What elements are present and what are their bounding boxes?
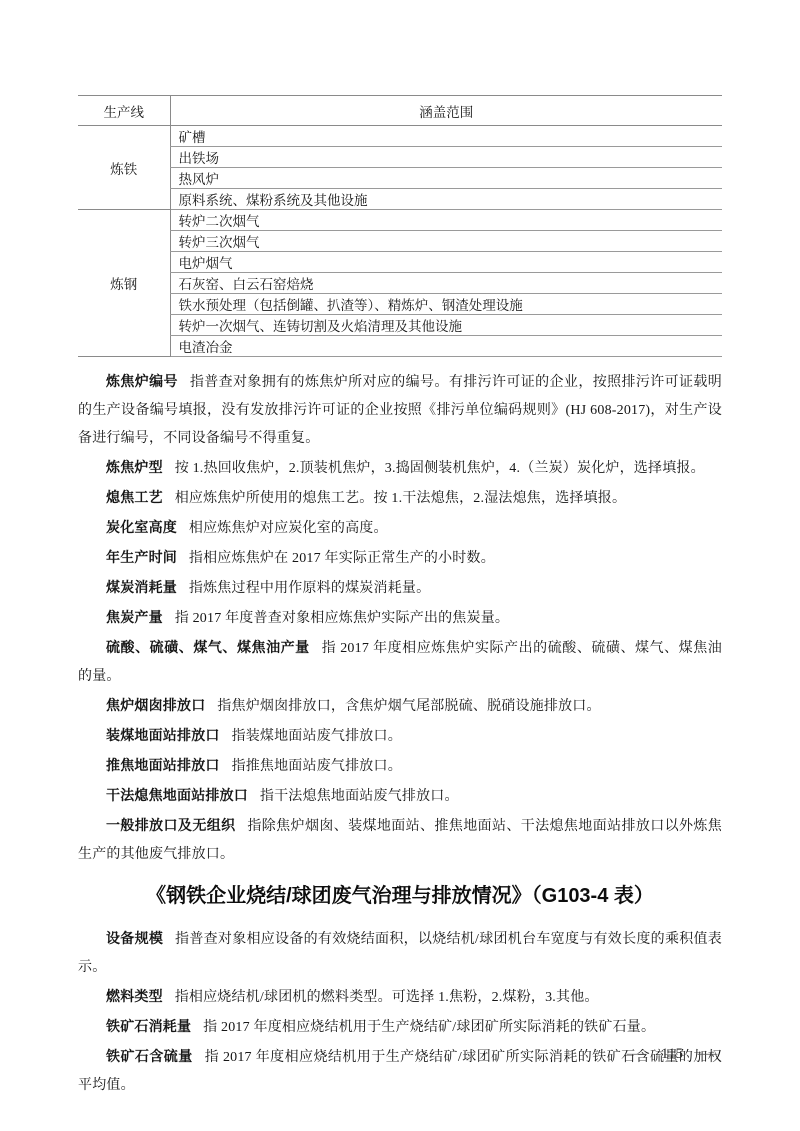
definition-paragraph: 推焦地面站排放口指推焦地面站废气排放口。 (78, 751, 722, 781)
definition-paragraph: 炼焦炉型按 1.热回收焦炉，2.顶装机焦炉，3.捣固侧装机焦炉，4.（兰炭）炭化… (78, 453, 722, 483)
definition-paragraph: 铁矿石含硫量指 2017 年度相应烧结机用于生产烧结矿/球团矿所实际消耗的铁矿石… (78, 1042, 722, 1100)
scope-cell: 出铁场 (170, 147, 722, 168)
table-row: 铁水预处理（包括倒罐、扒渣等）、精炼炉、钢渣处理设施 (78, 294, 722, 315)
definition-term: 炼焦炉编号 (106, 373, 178, 389)
definition-paragraph: 铁矿石消耗量指 2017 年度相应烧结机用于生产烧结矿/球团矿所实际消耗的铁矿石… (78, 1012, 722, 1042)
scope-cell: 电炉烟气 (170, 252, 722, 273)
scope-cell: 转炉一次烟气、连铸切割及火焰清理及其他设施 (170, 315, 722, 336)
definition-term: 炼焦炉型 (106, 459, 163, 475)
table-row: 电渣冶金 (78, 336, 722, 357)
definition-term: 焦炉烟囱排放口 (106, 697, 205, 713)
definition-text: 按 1.热回收焦炉，2.顶装机焦炉，3.捣固侧装机焦炉，4.（兰炭）炭化炉，选择… (175, 461, 705, 476)
col-header-coverage: 涵盖范围 (170, 96, 722, 126)
definition-paragraph: 煤炭消耗量指炼焦过程中用作原料的煤炭消耗量。 (78, 573, 722, 603)
definition-paragraph: 一般排放口及无组织指除焦炉烟囱、装煤地面站、推焦地面站、干法熄焦地面站排放口以外… (78, 811, 722, 869)
definition-text: 指 2017 年度普查对象相应炼焦炉实际产出的焦炭量。 (175, 611, 509, 626)
table-header-row: 生产线 涵盖范围 (78, 96, 722, 126)
definition-term: 焦炭产量 (106, 609, 163, 625)
coverage-table: 生产线 涵盖范围 炼铁 矿槽 出铁场 热风炉 原料系统、煤粉系统及其他设施 (78, 95, 722, 357)
scope-cell: 转炉三次烟气 (170, 231, 722, 252)
definition-text: 指相应炼焦炉在 2017 年实际正常生产的小时数。 (189, 551, 495, 566)
definition-paragraph: 炼焦炉编号指普查对象拥有的炼焦炉所对应的编号。有排污许可证的企业，按照排污许可证… (78, 367, 722, 453)
definition-text: 指装煤地面站废气排放口。 (232, 729, 402, 744)
definition-term: 一般排放口及无组织 (106, 817, 236, 833)
definition-term: 设备规模 (106, 930, 163, 946)
definition-text: 指焦炉烟囱排放口，含焦炉烟气尾部脱硫、脱硝设施排放口。 (217, 699, 600, 714)
table-row: 热风炉 (78, 168, 722, 189)
scope-cell: 石灰窑、白云石窑焙烧 (170, 273, 722, 294)
footer-left-dash: — (627, 1046, 647, 1063)
definition-text: 指干法熄焦地面站废气排放口。 (260, 789, 459, 804)
definition-paragraph: 干法熄焦地面站排放口指干法熄焦地面站废气排放口。 (78, 781, 722, 811)
definition-term: 煤炭消耗量 (106, 579, 177, 595)
definition-paragraph: 焦炉烟囱排放口指焦炉烟囱排放口，含焦炉烟气尾部脱硫、脱硝设施排放口。 (78, 691, 722, 721)
group-cell-steelmaking: 炼钢 (78, 210, 170, 357)
table-row: 原料系统、煤粉系统及其他设施 (78, 189, 722, 210)
table-row: 转炉三次烟气 (78, 231, 722, 252)
definition-paragraph: 熄焦工艺相应炼焦炉所使用的熄焦工艺。按 1.干法熄焦，2.湿法熄焦，选择填报。 (78, 483, 722, 513)
section-heading: 《钢铁企业烧结/球团废气治理与排放情况》（G103-4 表） (78, 881, 722, 911)
definition-term: 熄焦工艺 (106, 489, 163, 505)
scope-cell: 原料系统、煤粉系统及其他设施 (170, 189, 722, 210)
definition-paragraph: 炭化室高度相应炼焦炉对应炭化室的高度。 (78, 513, 722, 543)
document-page: 生产线 涵盖范围 炼铁 矿槽 出铁场 热风炉 原料系统、煤粉系统及其他设施 (0, 0, 800, 1131)
footer-right-dash: — (698, 1046, 718, 1063)
table-row: 石灰窑、白云石窑焙烧 (78, 273, 722, 294)
definition-paragraph: 装煤地面站排放口指装煤地面站废气排放口。 (78, 721, 722, 751)
page-content: 生产线 涵盖范围 炼铁 矿槽 出铁场 热风炉 原料系统、煤粉系统及其他设施 (78, 95, 722, 1100)
definition-term: 装煤地面站排放口 (106, 727, 220, 743)
definition-text: 指普查对象相应设备的有效烧结面积，以烧结机/球团机台车宽度与有效长度的乘积值表示… (78, 932, 722, 975)
scope-cell: 矿槽 (170, 126, 722, 147)
table-row: 炼钢 转炉二次烟气 (78, 210, 722, 231)
definition-term: 年生产时间 (106, 549, 177, 565)
coking-definitions-section: 炼焦炉编号指普查对象拥有的炼焦炉所对应的编号。有排污许可证的企业，按照排污许可证… (78, 367, 722, 869)
definition-term: 干法熄焦地面站排放口 (106, 787, 248, 803)
definition-paragraph: 硫酸、硫磺、煤气、煤焦油产量指 2017 年度相应炼焦炉实际产出的硫酸、硫磺、煤… (78, 633, 722, 691)
page-number: 115 (661, 1046, 683, 1063)
col-header-production-line: 生产线 (78, 96, 170, 126)
definition-paragraph: 燃料类型指相应烧结机/球团机的燃料类型。可选择 1.焦粉，2.煤粉，3.其他。 (78, 982, 722, 1012)
definition-text: 相应炼焦炉所使用的熄焦工艺。按 1.干法熄焦，2.湿法熄焦，选择填报。 (175, 491, 627, 506)
table-row: 炼铁 矿槽 (78, 126, 722, 147)
scope-cell: 电渣冶金 (170, 336, 722, 357)
definition-term: 炭化室高度 (106, 519, 177, 535)
definition-paragraph: 设备规模指普查对象相应设备的有效烧结面积，以烧结机/球团机台车宽度与有效长度的乘… (78, 924, 722, 982)
definition-paragraph: 年生产时间指相应炼焦炉在 2017 年实际正常生产的小时数。 (78, 543, 722, 573)
definition-paragraph: 焦炭产量指 2017 年度普查对象相应炼焦炉实际产出的焦炭量。 (78, 603, 722, 633)
scope-cell: 转炉二次烟气 (170, 210, 722, 231)
definition-text: 相应炼焦炉对应炭化室的高度。 (189, 521, 388, 536)
definition-text: 指炼焦过程中用作原料的煤炭消耗量。 (189, 581, 430, 596)
scope-cell: 热风炉 (170, 168, 722, 189)
definition-term: 铁矿石含硫量 (106, 1048, 193, 1064)
definition-text: 指 2017 年度相应烧结机用于生产烧结矿/球团矿所实际消耗的铁矿石量。 (203, 1020, 655, 1035)
table-row: 电炉烟气 (78, 252, 722, 273)
definition-term: 燃料类型 (106, 988, 163, 1004)
definition-text: 指推焦地面站废气排放口。 (232, 759, 402, 774)
definition-term: 推焦地面站排放口 (106, 757, 220, 773)
definition-text: 指相应烧结机/球团机的燃料类型。可选择 1.焦粉，2.煤粉，3.其他。 (175, 990, 599, 1005)
scope-cell: 铁水预处理（包括倒罐、扒渣等）、精炼炉、钢渣处理设施 (170, 294, 722, 315)
table-row: 出铁场 (78, 147, 722, 168)
table-row: 转炉一次烟气、连铸切割及火焰清理及其他设施 (78, 315, 722, 336)
definition-term: 铁矿石消耗量 (106, 1018, 191, 1034)
definition-term: 硫酸、硫磺、煤气、煤焦油产量 (106, 639, 310, 655)
sintering-definitions-section: 设备规模指普查对象相应设备的有效烧结面积，以烧结机/球团机台车宽度与有效长度的乘… (78, 924, 722, 1100)
page-footer: — 115 — (629, 1046, 715, 1063)
group-cell-ironmaking: 炼铁 (78, 126, 170, 210)
